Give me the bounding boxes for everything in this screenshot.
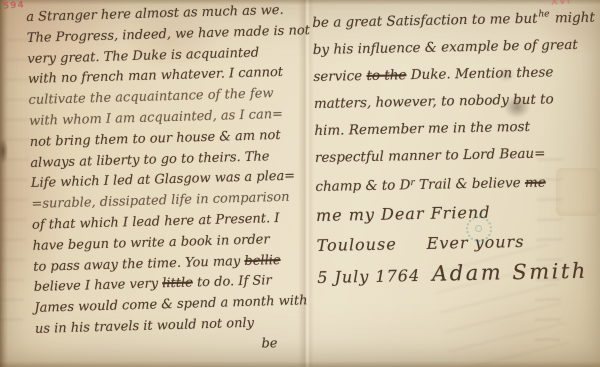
manuscript-text: champ & to D	[315, 177, 410, 195]
manuscript-text: with no french man whatever. I cannot	[28, 65, 283, 87]
manuscript-text	[397, 249, 427, 250]
manuscript-text: with whom I am acquainted, as I can=	[29, 107, 283, 129]
manuscript-text: Duke. Mention these	[406, 64, 553, 83]
letter-page-right: be a great Satisfaction to me buthe migh…	[312, 1, 599, 293]
manuscript-text: very great. The Duke is acquainted	[27, 45, 259, 66]
manuscript-text: me my Dear Friend	[316, 203, 491, 225]
manuscript-text: bellie	[244, 253, 281, 269]
manuscript-line: 5 July 1764Adam Smith	[317, 256, 600, 293]
manuscript-text: have begun to write a book in order	[32, 232, 269, 254]
manuscript-text: 5 July 1764	[317, 266, 420, 287]
manuscript-text: me	[525, 175, 546, 191]
signature: Adam Smith	[432, 259, 588, 286]
manuscript-text: =surable, dissipated life in comparison	[31, 190, 289, 212]
manuscript-text: us in his travels it would not only	[35, 316, 254, 337]
paper-edge-left	[0, 0, 8, 367]
letter-page-left: a Stranger here almost as much as we.The…	[26, 0, 310, 361]
manuscript-text: him. Remember me in the most	[314, 119, 530, 139]
manuscript-text: to do. If Sir	[193, 274, 272, 291]
manuscript-text: be	[261, 336, 277, 351]
manuscript-text: little	[162, 276, 193, 292]
accession-number-top-left: 594	[3, 0, 25, 11]
manuscript-text: cultivate the acquaintance of the few	[28, 86, 273, 108]
manuscript-text: Toulouse	[316, 234, 396, 255]
library-stamp-icon	[466, 216, 492, 242]
manuscript-text: to the	[366, 67, 406, 84]
manuscript-text: be a great Satisfaction to me but	[312, 11, 538, 31]
manuscript-text: believe I have very	[34, 277, 163, 296]
manuscript-text: to pass away the time. You may	[33, 254, 245, 275]
manuscript-text: always at liberty to go to theirs. The	[30, 149, 270, 171]
manuscript-text: might	[550, 10, 594, 27]
manuscript-text: service	[313, 68, 366, 85]
manuscript-text: respectful manner to Lord Beau=	[315, 146, 546, 166]
ink-smudge	[497, 68, 515, 82]
manuscript-text: a Stranger here almost as much as we.	[26, 3, 284, 25]
manuscript-text: by his influence & example be of great	[313, 37, 578, 58]
letter-photograph: 594 XVI a Stranger here almost as much a…	[0, 0, 600, 367]
paper-edge-bottom	[0, 361, 600, 367]
ink-blot	[504, 96, 530, 118]
manuscript-line: matters, however, to nobody but to	[314, 86, 596, 118]
manuscript-text: he	[538, 1, 550, 28]
manuscript-text: Trail & believe	[415, 175, 525, 193]
